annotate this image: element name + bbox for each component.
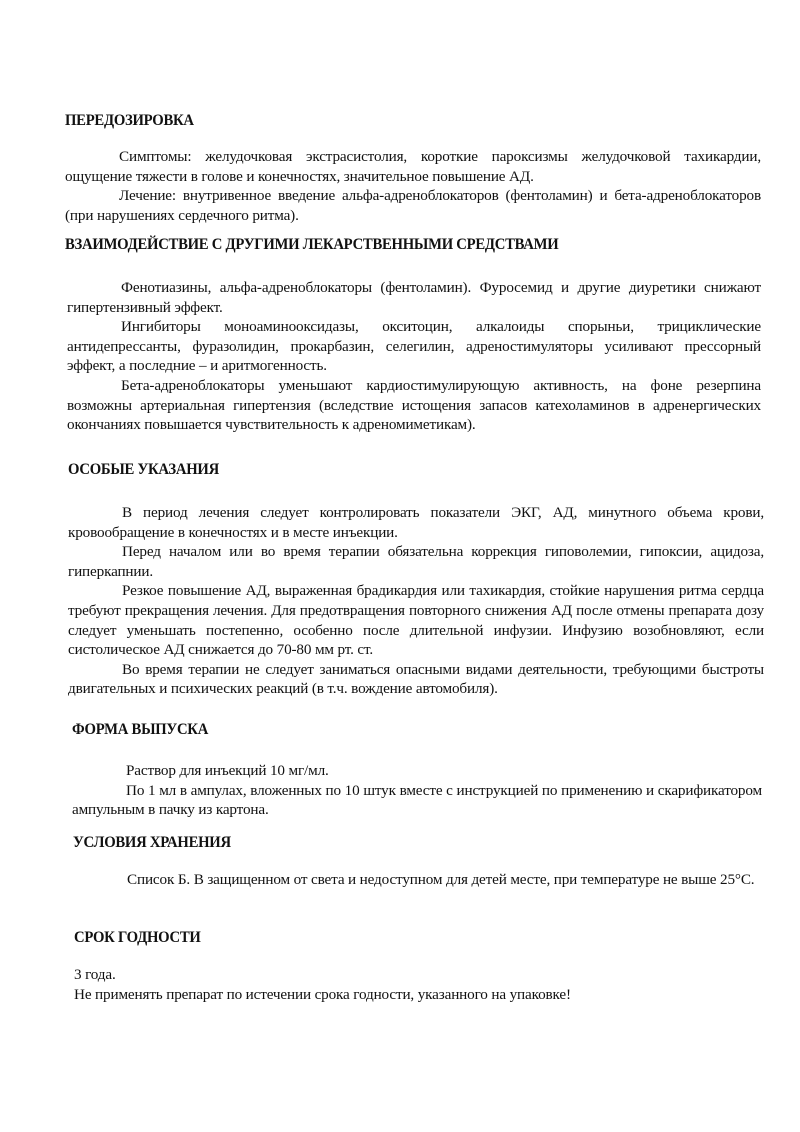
paragraph: Фенотиазины, альфа-адреноблокаторы (фент… bbox=[67, 278, 761, 317]
paragraph: Не применять препарат по истечении срока… bbox=[74, 985, 764, 1005]
paragraph: По 1 мл в ампулах, вложенных по 10 штук … bbox=[72, 781, 762, 820]
paragraph: Раствор для инъекций 10 мг/мл. bbox=[72, 761, 762, 781]
section-heading: УСЛОВИЯ ХРАНЕНИЯ bbox=[73, 834, 231, 852]
paragraph: В период лечения следует контролировать … bbox=[68, 503, 764, 542]
paragraph: Список Б. В защищенном от света и недост… bbox=[73, 870, 763, 890]
paragraph: Ингибиторы моноаминооксидазы, окситоцин,… bbox=[67, 317, 761, 376]
paragraph: Во время терапии не следует заниматься о… bbox=[68, 660, 764, 699]
section-heading: ПЕРЕДОЗИРОВКА bbox=[65, 112, 194, 130]
paragraph: Бета-адреноблокаторы уменьшают кардиости… bbox=[67, 376, 761, 435]
section-heading: СРОК ГОДНОСТИ bbox=[74, 929, 201, 947]
paragraph: Перед началом или во время терапии обяза… bbox=[68, 542, 764, 581]
section-heading: ВЗАИМОДЕЙСТВИЕ С ДРУГИМИ ЛЕКАРСТВЕННЫМИ … bbox=[65, 236, 558, 254]
document-page: ПЕРЕДОЗИРОВКА Симптомы: желудочковая экс… bbox=[0, 0, 800, 1132]
paragraph: Лечение: внутривенное введение альфа-адр… bbox=[65, 186, 761, 225]
section-heading: ФОРМА ВЫПУСКА bbox=[72, 721, 208, 739]
paragraph: Симптомы: желудочковая экстрасистолия, к… bbox=[65, 147, 761, 186]
section-heading: ОСОБЫЕ УКАЗАНИЯ bbox=[68, 461, 219, 479]
paragraph: 3 года. bbox=[74, 965, 764, 985]
paragraph: Резкое повышение АД, выраженная брадикар… bbox=[68, 581, 764, 659]
